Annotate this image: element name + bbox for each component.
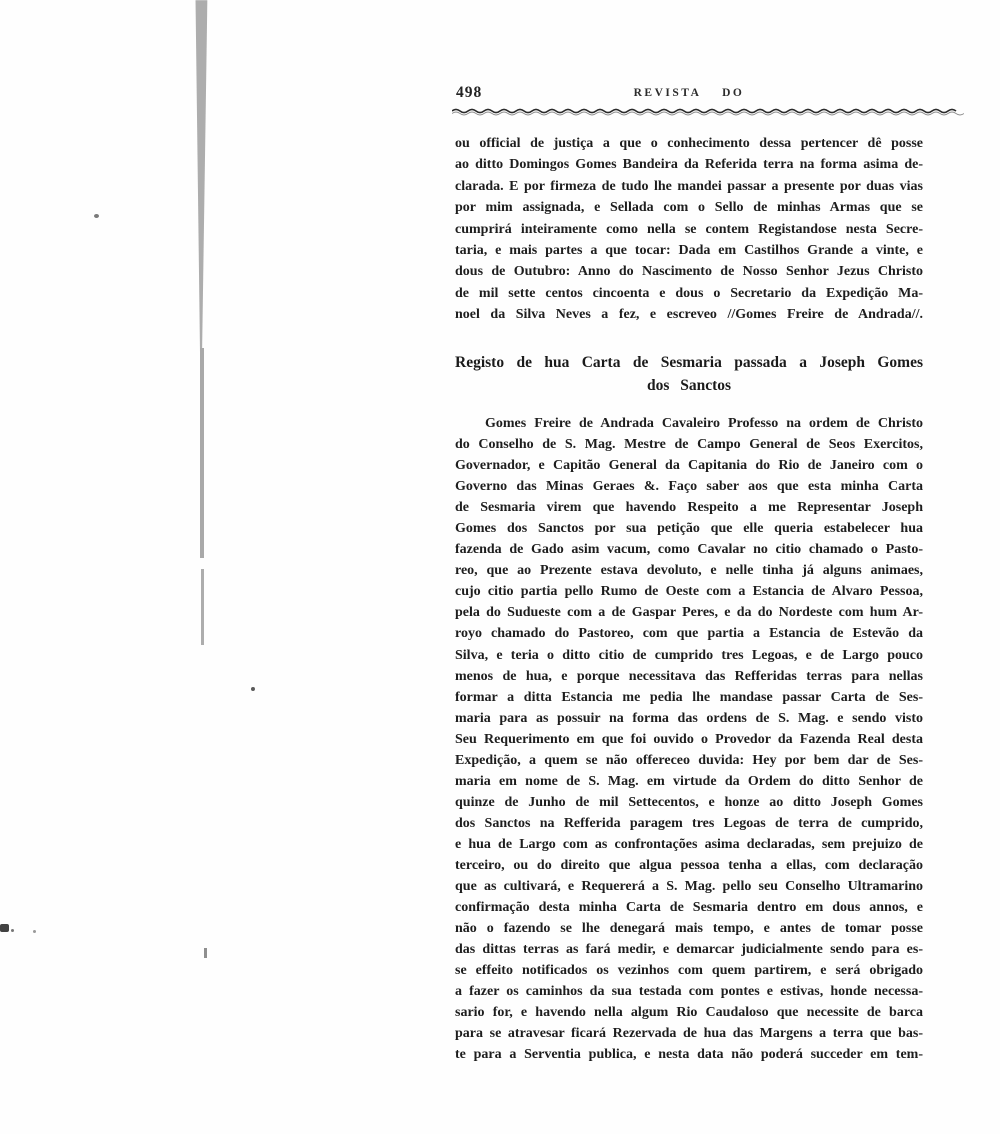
- text-line: de mil sette centos cincoenta e dous o S…: [455, 283, 923, 304]
- text-line: não o fazendo se lhe denegará mais tempo…: [455, 918, 923, 939]
- text-line: cujo citio partia pello Rumo de Oeste co…: [455, 581, 923, 602]
- text-line: fazenda de Gado asim vacum, como Cavalar…: [455, 539, 923, 560]
- section-heading-line1: Registo de hua Carta de Sesmaria passada…: [455, 351, 923, 374]
- body-paragraph: Gomes Freire de Andrada Cavaleiro Profes…: [455, 413, 923, 1065]
- scan-gutter-shadow-mid: [200, 348, 204, 558]
- text-line: Governador, e Capitão General da Capitan…: [455, 455, 923, 476]
- text-line: Gomes Freire de Andrada Cavaleiro Profes…: [455, 413, 923, 434]
- text-line: ou official de justiça a que o conhecime…: [455, 133, 923, 154]
- text-line: formar a ditta Estancia me pedia lhe man…: [455, 687, 923, 708]
- text-line: Gomes dos Sanctos por sua petição que el…: [455, 518, 923, 539]
- text-line: a fazer os caminhos da sua testada com p…: [455, 981, 923, 1002]
- text-line: maria para as possuir na forma das orden…: [455, 708, 923, 729]
- section-heading-line2: dos Sanctos: [455, 374, 923, 397]
- text-line: maria em nome de S. Mag. em virtude da O…: [455, 771, 923, 792]
- text-line: do Conselho de S. Mag. Mestre de Campo G…: [455, 434, 923, 455]
- text-line: das dittas terras as fará medir, e demar…: [455, 939, 923, 960]
- scanned-book-page: 498 REVISTA DO ou official de justiça a …: [0, 0, 1000, 1134]
- opening-paragraph: ou official de justiça a que o conhecime…: [455, 133, 923, 326]
- running-title: REVISTA DO: [455, 87, 923, 99]
- ink-speck-margin: [11, 929, 14, 932]
- header-rule: [452, 104, 964, 114]
- ink-speck: [251, 687, 255, 691]
- text-line: se effeito notificados os vezinhos com q…: [455, 960, 923, 981]
- scan-gutter-shadow-low: [201, 569, 204, 645]
- text-line: Seu Requerimento em que foi ouvido o Pro…: [455, 729, 923, 750]
- ink-speck: [33, 930, 36, 933]
- scan-gutter-tick: [204, 948, 207, 958]
- ink-speck: [94, 214, 99, 218]
- scan-gutter-shadow-top: [192, 0, 208, 352]
- text-line: Silva, e teria o ditto citio de cumprido…: [455, 645, 923, 666]
- text-line: pela do Sudueste com a de Gaspar Peres, …: [455, 602, 923, 623]
- text-line: dos Sanctos na Refferida paragem tres Le…: [455, 813, 923, 834]
- section-heading: Registo de hua Carta de Sesmaria passada…: [455, 351, 923, 397]
- text-line: noel da Silva Neves a fez, e escreveo //…: [455, 304, 923, 325]
- text-line: cumprirá inteiramente como nella se cont…: [455, 219, 923, 240]
- text-line: quinze de Junho de mil Settecentos, e ho…: [455, 792, 923, 813]
- text-line: por mim assignada, e Sellada com o Sello…: [455, 197, 923, 218]
- text-line: taria, e mais partes a que tocar: Dada e…: [455, 240, 923, 261]
- text-line: de Sesmaria virem que havendo Respeito a…: [455, 497, 923, 518]
- text-line: que as cultivará, e Requererá a S. Mag. …: [455, 876, 923, 897]
- text-line: dous de Outubro: Anno do Nascimento de N…: [455, 261, 923, 282]
- text-line: te para a Serventia publica, e nesta dat…: [455, 1044, 923, 1065]
- ink-speck-margin: [0, 924, 9, 932]
- text-line: confirmação desta minha Carta de Sesmari…: [455, 897, 923, 918]
- text-line: para se atravesar ficará Rezervada de hu…: [455, 1023, 923, 1044]
- text-line: clarada. E por firmeza de tudo lhe mande…: [455, 176, 923, 197]
- text-line: menos de hua, e porque necessitava das R…: [455, 666, 923, 687]
- text-line: sario for, e havendo nella algum Rio Cau…: [455, 1002, 923, 1023]
- text-line: ao ditto Domingos Gomes Bandeira da Refe…: [455, 154, 923, 175]
- text-line: terceiro, ou do direito que algua pessoa…: [455, 855, 923, 876]
- text-line: e hua de Largo com as confrontações asim…: [455, 834, 923, 855]
- text-line: Expedição, a quem se não offereceo duvid…: [455, 750, 923, 771]
- text-line: royo chamado do Pastoreo, com que partia…: [455, 623, 923, 644]
- text-line: reo, que ao Prezente estava devoluto, e …: [455, 560, 923, 581]
- text-line: Governo das Minas Geraes &. Faço saber a…: [455, 476, 923, 497]
